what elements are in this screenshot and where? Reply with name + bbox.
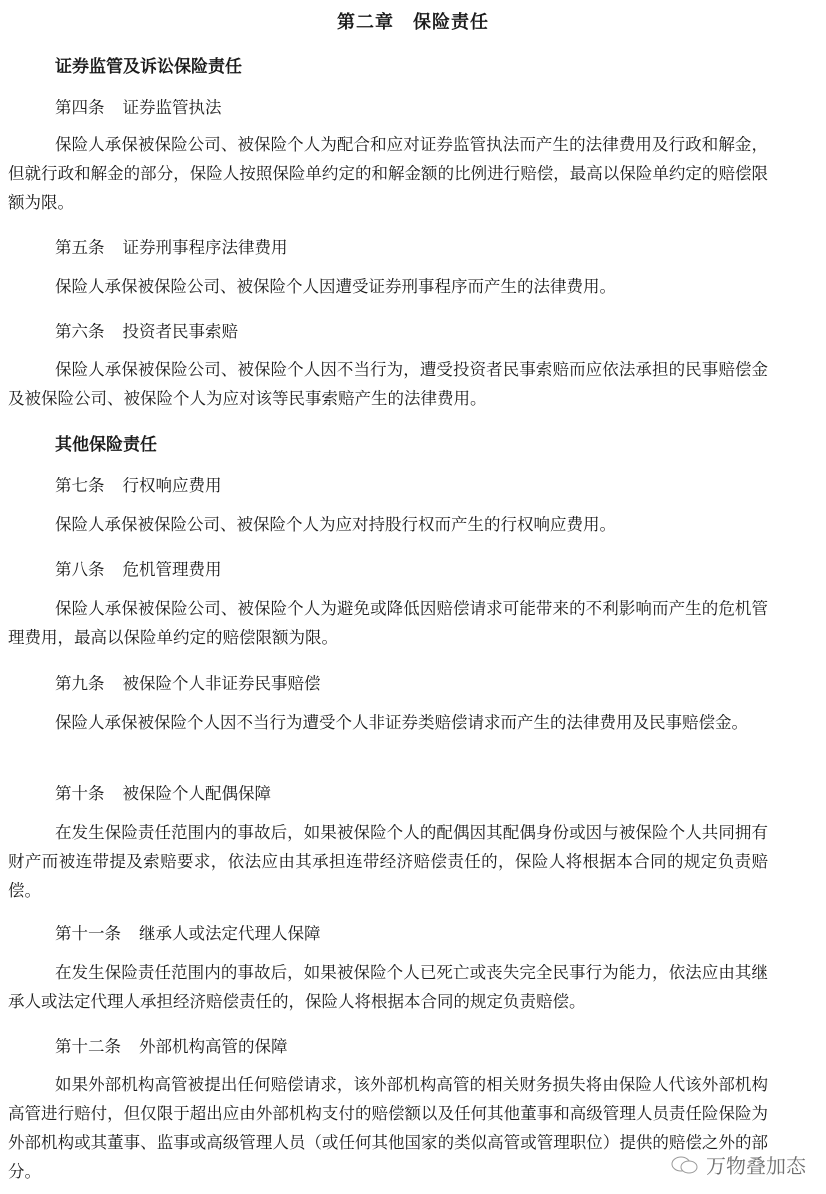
article-heading: 第七条行权响应费用	[55, 472, 222, 496]
wechat-icon	[670, 1154, 700, 1176]
article-body: 在发生保险责任范围内的事故后，如果被保险个人已死亡或丧失完全民事行为能力，依法应…	[8, 958, 768, 1016]
article-title: 外部机构高管的保障	[139, 1037, 288, 1056]
article-title: 证券监管执法	[123, 98, 222, 117]
article-number: 第九条	[55, 670, 105, 694]
watermark-text: 万物叠加态	[706, 1150, 806, 1179]
article-number: 第十一条	[55, 920, 121, 944]
article-body: 保险人承保被保险公司、被保险个人因不当行为，遭受投资者民事索赔而应依法承担的民事…	[8, 355, 768, 413]
article-title: 投资者民事索赔	[123, 322, 239, 341]
article-heading: 第十二条外部机构高管的保障	[55, 1033, 288, 1057]
article-heading: 第八条危机管理费用	[55, 556, 222, 580]
watermark: 万物叠加态	[670, 1150, 806, 1179]
section-heading: 证券监管及诉讼保险责任	[55, 52, 242, 77]
article-body: 保险人承保被保险公司、被保险个人为避免或降低因赔偿请求可能带来的不利影响而产生的…	[8, 594, 768, 652]
article-number: 第七条	[55, 472, 105, 496]
article-body: 保险人承保被保险公司、被保险个人为应对持股行权而产生的行权响应费用。	[8, 510, 768, 539]
article-number: 第十条	[55, 780, 105, 804]
article-title: 继承人或法定代理人保障	[139, 924, 321, 943]
article-body: 保险人承保被保险公司、被保险个人因遭受证券刑事程序而产生的法律费用。	[8, 272, 768, 301]
article-title: 被保险个人非证券民事赔偿	[123, 674, 321, 693]
article-title: 证券刑事程序法律费用	[123, 238, 288, 257]
article-heading: 第十条被保险个人配偶保障	[55, 780, 271, 804]
article-number: 第十二条	[55, 1033, 121, 1057]
article-heading: 第六条投资者民事索赔	[55, 318, 238, 342]
chapter-title: 第二章 保险责任	[0, 8, 826, 34]
article-number: 第八条	[55, 556, 105, 580]
article-body: 保险人承保被保险公司、被保险个人为配合和应对证券监管执法而产生的法律费用及行政和…	[8, 130, 768, 217]
article-title: 危机管理费用	[123, 560, 222, 579]
section-heading: 其他保险责任	[55, 430, 157, 455]
article-heading: 第十一条继承人或法定代理人保障	[55, 920, 321, 944]
article-body: 在发生保险责任范围内的事故后，如果被保险个人的配偶因其配偶身份或因与被保险个人共…	[8, 818, 768, 905]
article-heading: 第九条被保险个人非证券民事赔偿	[55, 670, 321, 694]
article-title: 行权响应费用	[123, 476, 222, 495]
article-heading: 第五条证券刑事程序法律费用	[55, 234, 288, 258]
article-number: 第四条	[55, 94, 105, 118]
article-number: 第五条	[55, 234, 105, 258]
article-number: 第六条	[55, 318, 105, 342]
article-heading: 第四条证券监管执法	[55, 94, 222, 118]
document-page: 第二章 保险责任 证券监管及诉讼保险责任 第四条证券监管执法 保险人承保被保险公…	[0, 0, 826, 1194]
article-title: 被保险个人配偶保障	[123, 784, 272, 803]
article-body: 如果外部机构高管被提出任何赔偿请求，该外部机构高管的相关财务损失将由保险人代该外…	[8, 1070, 768, 1186]
article-body: 保险人承保被保险个人因不当行为遭受个人非证券类赔偿请求而产生的法律费用及民事赔偿…	[8, 708, 768, 737]
